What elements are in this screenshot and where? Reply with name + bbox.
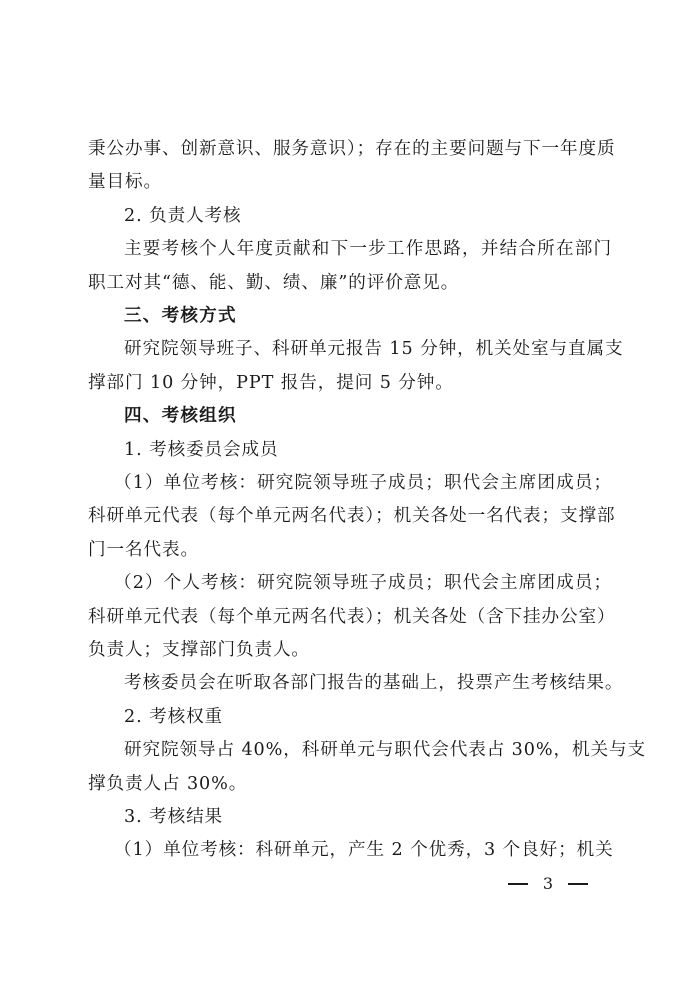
paragraph-line: 科研单元代表（每个单元两名代表）；机关各处（含下挂办公室） [88, 606, 612, 628]
section-heading-assessment-method: 三、考核方式 [124, 305, 612, 327]
section-heading-assessment-organization: 四、考核组织 [124, 405, 612, 427]
dash-right [568, 883, 588, 885]
paragraph-line-end: 量目标。 [88, 171, 612, 193]
page-number: 3 [543, 874, 553, 894]
paragraph-line-end: 门一名代表。 [88, 539, 612, 561]
paragraph-voting: 考核委员会在听取各部门报告的基础上，投票产生考核结果。 [124, 672, 612, 694]
document-page: 秉公办事、创新意识、服务意识）；存在的主要问题与下一年度质 量目标。 2. 负责… [0, 0, 700, 982]
paragraph-line: 研究院领导班子、科研单元报告 15 分钟，机关处室与直属支 [124, 338, 612, 360]
paragraph-line-end: 撑部门 10 分钟，PPT 报告，提问 5 分钟。 [88, 372, 612, 394]
list-item-individual-assessment: （2）个人考核：研究院领导班子成员；职代会主席团成员； [114, 572, 612, 594]
paragraph-line: 研究院领导占 40%，科研单元与职代会代表占 30%，机关与支 [124, 739, 612, 761]
paragraph-line: 科研单元代表（每个单元两名代表）；机关各处一名代表；支撑部 [88, 505, 612, 527]
subheading-committee-members: 1. 考核委员会成员 [124, 439, 612, 461]
paragraph-line-end: 负责人；支撑部门负责人。 [88, 639, 612, 661]
subheading-leader-assessment: 2. 负责人考核 [124, 205, 612, 227]
subheading-assessment-weight: 2. 考核权重 [124, 706, 612, 728]
list-item-unit-results: （1）单位考核：科研单元，产生 2 个优秀，3 个良好；机关 [114, 839, 612, 861]
paragraph-line-continuation: 秉公办事、创新意识、服务意识）；存在的主要问题与下一年度质 [88, 138, 612, 160]
paragraph-line-end: 职工对其“德、能、勤、绩、廉”的评价意见。 [88, 272, 612, 294]
paragraph-line: 主要考核个人年度贡献和下一步工作思路，并结合所在部门 [124, 238, 612, 260]
list-item-unit-assessment: （1）单位考核：研究院领导班子成员；职代会主席团成员； [114, 472, 612, 494]
dash-left [508, 883, 528, 885]
subheading-assessment-results: 3. 考核结果 [124, 806, 612, 828]
page-footer: 3 [508, 874, 588, 894]
paragraph-line-end: 撑负责人占 30%。 [88, 773, 612, 795]
